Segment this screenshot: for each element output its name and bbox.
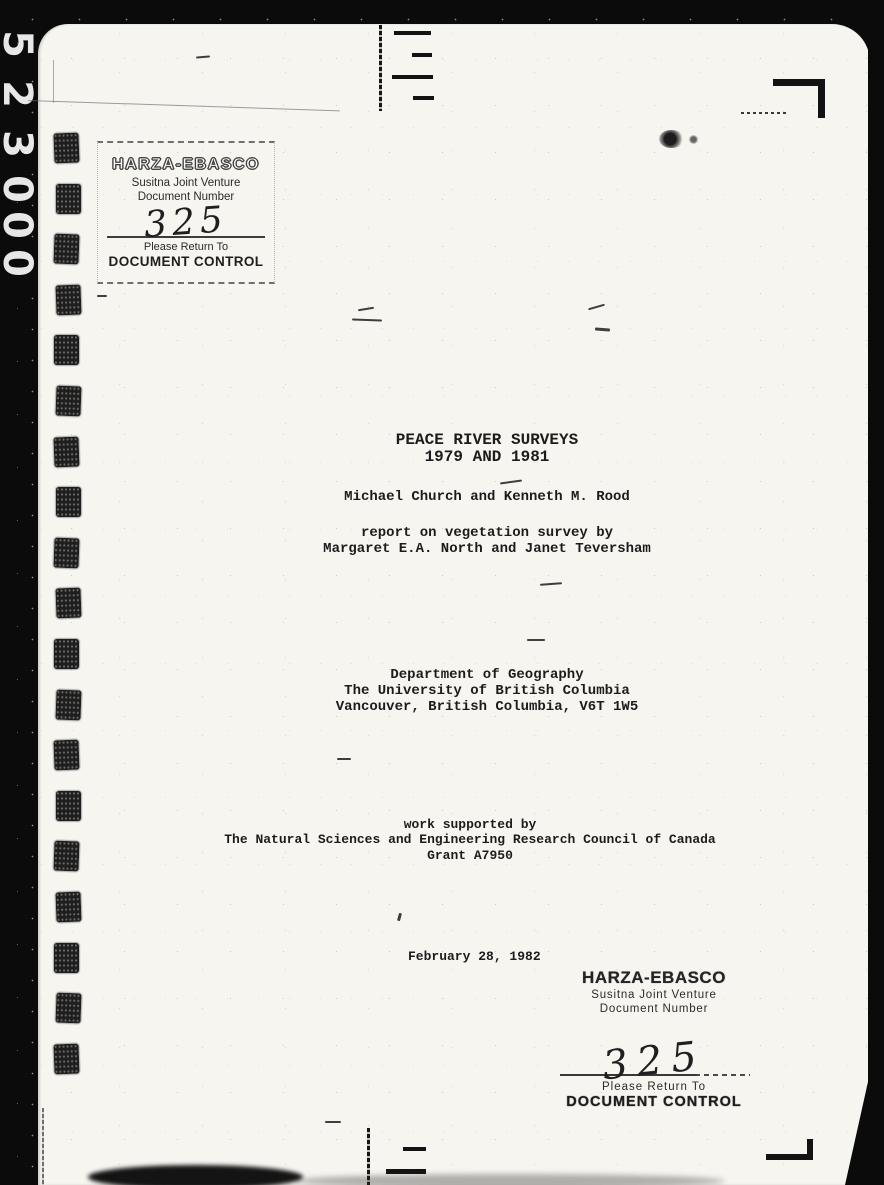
stamp-doc-number-label: Document Number <box>558 1002 750 1016</box>
scanned-document: 523000 HARZA-EBASCO Susitna Joint Ventur… <box>0 0 884 1185</box>
edge-digit: 2 <box>0 73 39 115</box>
crease-line <box>53 60 54 103</box>
stamp-subtitle: Susitna Joint Venture <box>98 176 274 190</box>
scan-border-right <box>868 0 884 1185</box>
affiliation-line3: Vancouver, British Columbia, V6T 1W5 <box>287 699 687 715</box>
ink-smudge <box>688 135 699 144</box>
binding-hole <box>53 841 79 872</box>
document-stamp-bottom: HARZA-EBASCO Susitna Joint Venture Docum… <box>558 968 750 1110</box>
binding-hole <box>55 588 81 619</box>
support-line2: The Natural Sciences and Engineering Res… <box>165 832 775 847</box>
binding-hole <box>53 538 79 569</box>
binding-hole <box>56 487 81 517</box>
calibration-line-top <box>379 25 382 111</box>
speck <box>337 758 351 760</box>
binding-hole <box>53 234 79 265</box>
binding-hole <box>53 437 79 468</box>
binding-hole <box>55 285 81 316</box>
calibration-tick <box>412 53 432 57</box>
speck <box>97 295 107 297</box>
edge-digit: 3 <box>0 123 39 165</box>
binding-hole <box>55 993 81 1024</box>
corner-bracket-bottom-right <box>766 1154 813 1160</box>
date-line: February 28, 1982 <box>408 949 541 964</box>
edge-digit: 0 <box>0 204 39 246</box>
binding-hole <box>53 133 79 164</box>
binding-hole <box>56 184 81 214</box>
scan-shadow <box>295 1174 725 1185</box>
stamp-subtitle: Susitna Joint Venture <box>558 988 750 1002</box>
speck <box>325 1121 341 1123</box>
vegetation-credit-line1: report on vegetation survey by <box>287 525 687 541</box>
binding-hole <box>55 386 81 417</box>
document-stamp-top: HARZA-EBASCO Susitna Joint Venture Docum… <box>97 141 275 284</box>
binding-hole <box>53 740 79 771</box>
edge-digit: 5 <box>0 23 39 65</box>
stamp-control-label: DOCUMENT CONTROL <box>98 254 274 269</box>
calibration-tick <box>403 1147 426 1151</box>
report-title-line2: 1979 AND 1981 <box>287 448 687 466</box>
binding-hole <box>54 335 79 365</box>
ink-smudge <box>659 130 684 148</box>
scan-shadow <box>88 1165 303 1185</box>
stamp-control-label: DOCUMENT CONTROL <box>558 1094 750 1110</box>
dotted-mark <box>741 112 789 114</box>
corner-bracket-top-right <box>818 79 825 118</box>
binding-hole <box>54 639 79 669</box>
vegetation-credit-line2: Margaret E.A. North and Janet Teversham <box>287 541 687 557</box>
speck <box>527 639 545 641</box>
calibration-tick <box>413 96 434 100</box>
calibration-tick <box>394 31 431 35</box>
edge-digit: 0 <box>0 242 39 284</box>
affiliation-line1: Department of Geography <box>287 667 687 683</box>
calibration-tick <box>386 1169 426 1174</box>
binding-hole <box>54 943 79 973</box>
binding-hole <box>53 1044 79 1075</box>
page-edge-dots <box>42 1108 44 1185</box>
affiliation-line2: The University of British Columbia <box>287 683 687 699</box>
support-line1: work supported by <box>165 817 775 832</box>
binding-hole <box>55 892 81 923</box>
corner-bracket-bottom-right <box>807 1139 813 1160</box>
stamp-brand: HARZA-EBASCO <box>98 156 274 174</box>
support-line3: Grant A7950 <box>165 848 775 863</box>
report-title-line1: PEACE RIVER SURVEYS <box>287 431 687 449</box>
binding-hole <box>55 690 81 721</box>
calibration-tick <box>392 75 433 79</box>
report-authors: Michael Church and Kenneth M. Rood <box>287 489 687 505</box>
stamp-brand: HARZA-EBASCO <box>558 968 750 988</box>
binding-hole <box>56 791 81 821</box>
